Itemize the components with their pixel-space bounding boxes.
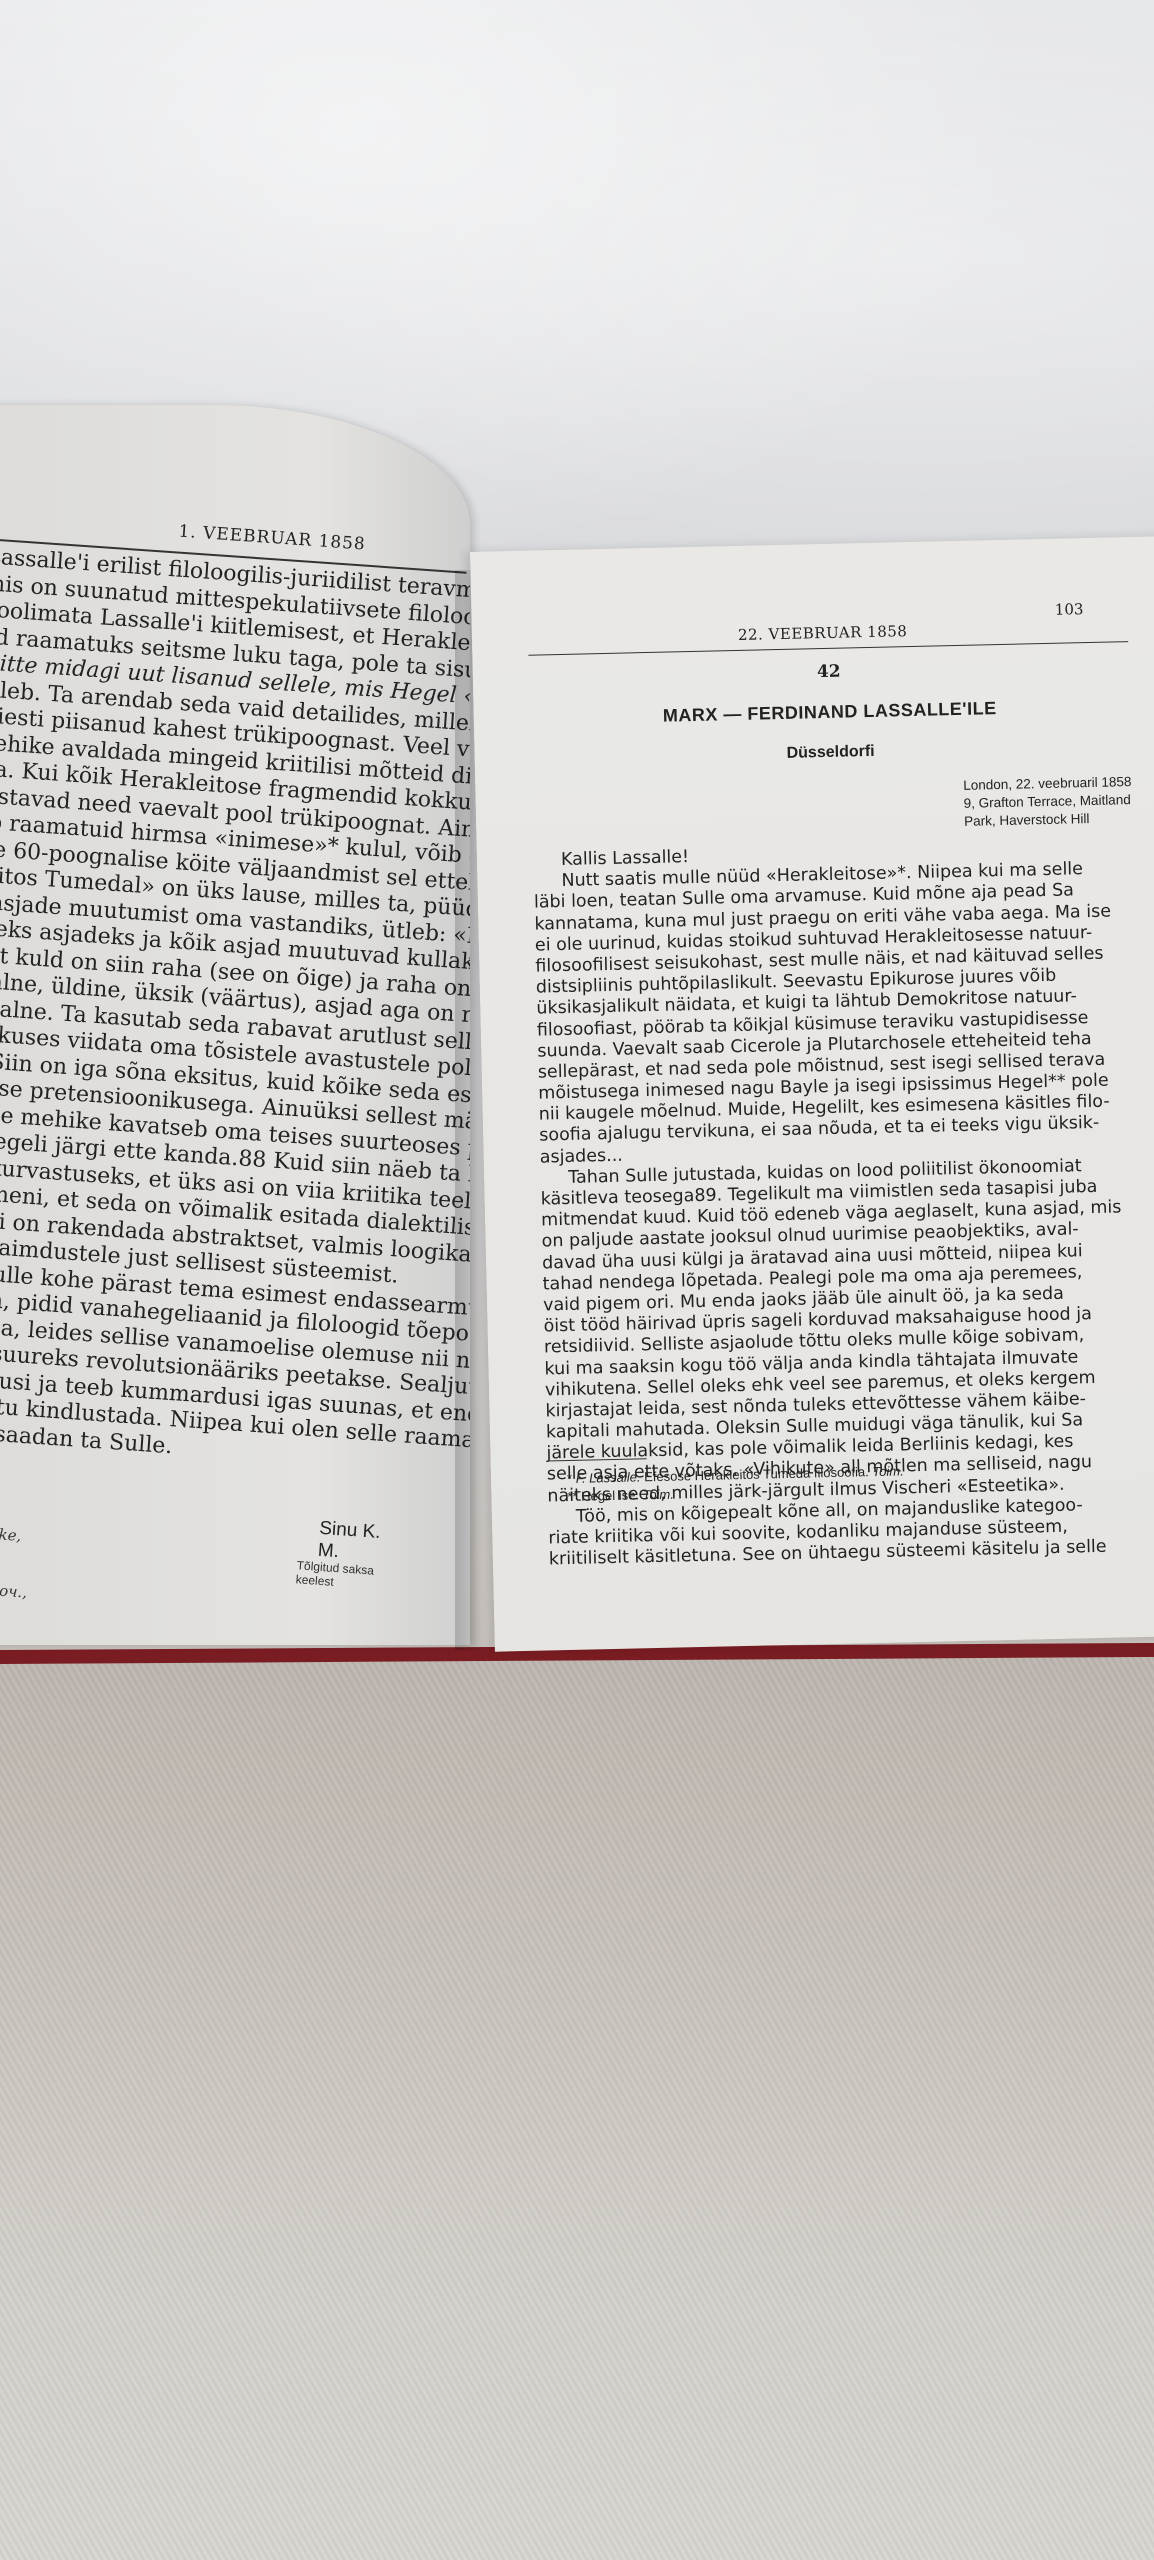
footnote-mark: * — [567, 1471, 576, 1486]
dateline-line: 9, Grafton Terrace, Maitland — [963, 791, 1132, 813]
footnote-editor-mark: Toim. — [642, 1487, 674, 1503]
letter-number: 42 — [529, 655, 1129, 689]
footnote-editor-mark: Toim. — [872, 1463, 904, 1479]
letter-title: MARX — FERDINAND LASSALLE'ILE — [530, 695, 1130, 730]
left-page: 1. VEEBRUAR 1858 Lassalle'i erilist filo… — [0, 405, 470, 1645]
right-running-head: 22. VEEBRUAR 1858 — [738, 622, 908, 644]
right-page: 103 22. VEEBRUAR 1858 42 MARX — FERDINAN… — [470, 536, 1154, 1652]
footnote-text: Efesose Herakleitos Tumeda filosoofia. — [644, 1464, 873, 1484]
tablecloth-foreground — [0, 1650, 1154, 2560]
left-page-text: Lassalle'i erilist filoloogilis-juriidil… — [0, 544, 466, 1503]
letter-destination: Düsseldorfi — [531, 737, 1131, 769]
left-running-head-text: 1. VEEBRUAR 1858 — [178, 522, 367, 555]
dateline: London, 22. veebruaril 1858 9, Grafton T… — [963, 773, 1132, 831]
dateline-line: Park, Haverstock Hill — [964, 809, 1133, 831]
footnote-author: F. Lassalle. — [576, 1469, 645, 1486]
letter-body: Kallis Lassalle! Nutt saatis mulle nüüd … — [533, 837, 1149, 1571]
page-number: 103 — [1055, 600, 1084, 619]
footnote-mark: ** — [567, 1489, 581, 1504]
footnote-text: Hegel ise. — [581, 1487, 643, 1503]
translated-note: Tõlgitud saksa keelest — [295, 1558, 397, 1593]
source-notes: ngels. Werke, 274—275 Энгельс. Соч., 222… — [0, 1519, 32, 1619]
source-note-line: Энгельс. Соч., — [0, 1575, 28, 1601]
source-note-line: ngels. Werke, — [0, 1519, 32, 1545]
left-page-content: 1. VEEBRUAR 1858 Lassalle'i erilist filo… — [0, 505, 469, 1645]
header-rule — [528, 641, 1128, 656]
